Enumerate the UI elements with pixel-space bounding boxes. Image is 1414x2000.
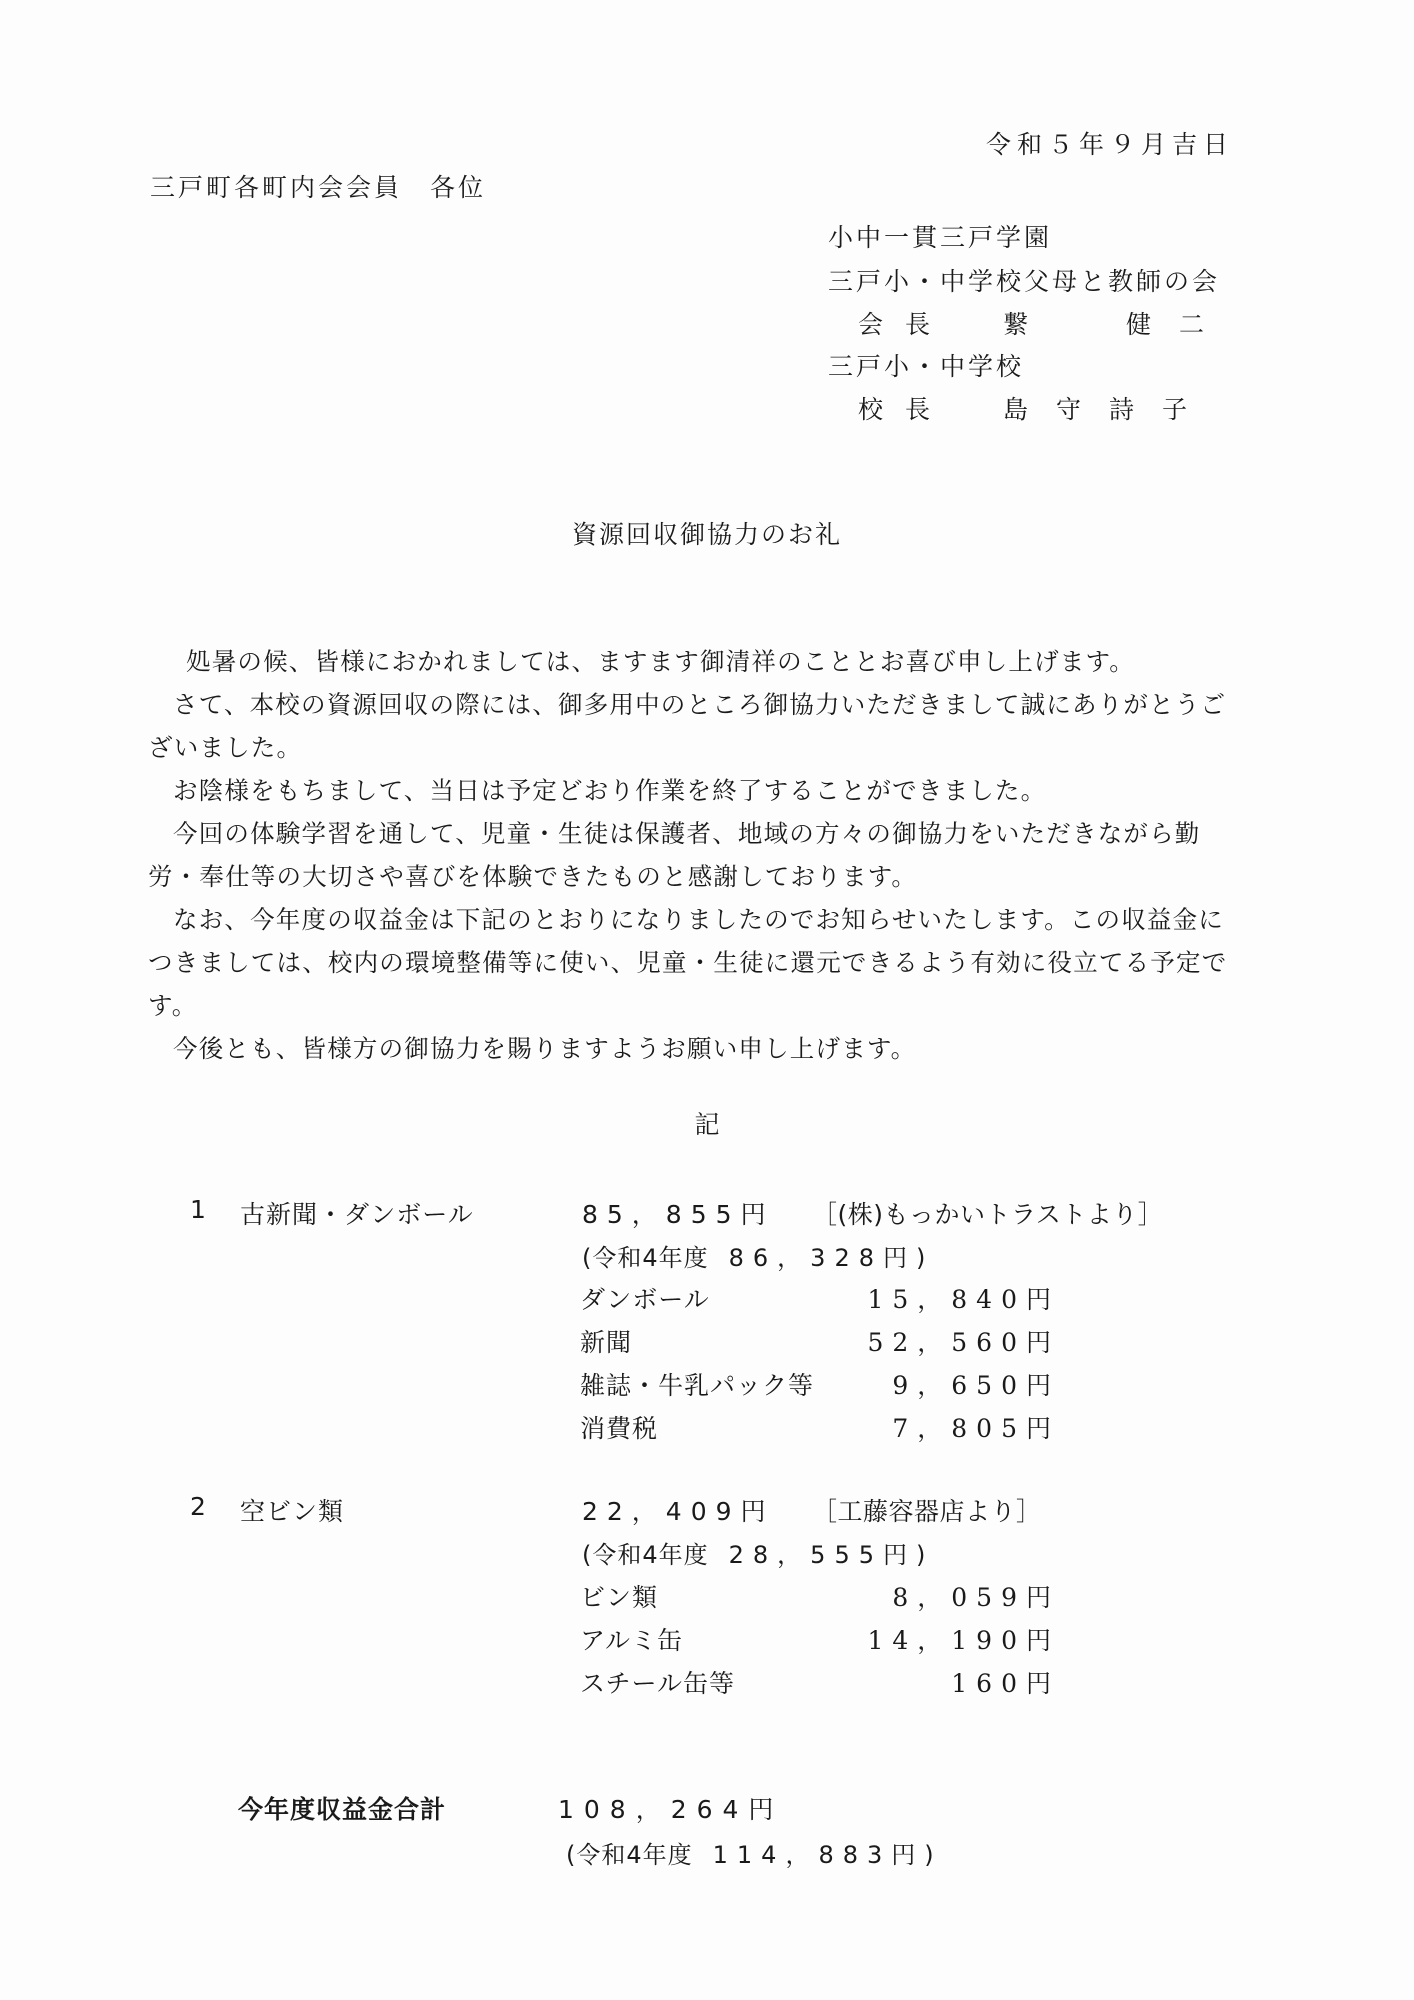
body-paragraph: なお、今年度の収益金は下記のとおりになりましたのでお知らせいたします。この収益金… <box>148 898 1230 1027</box>
previous-value: 28，555円) <box>729 1541 935 1569</box>
item-amount: 85，855円 <box>582 1195 775 1231</box>
breakdown-label: ダンボール <box>580 1280 710 1316</box>
breakdown-value: 52，560円 <box>800 1323 1060 1359</box>
breakdown-value: 160円 <box>800 1664 1060 1700</box>
item-number: 1 <box>190 1195 206 1224</box>
breakdown-value: 9，650円 <box>800 1366 1060 1402</box>
document-date: 令和５年９月吉日 <box>986 132 1234 157</box>
previous-value: 114，883円) <box>713 1841 943 1869</box>
principal-person: 島守詩子 <box>1003 390 1215 426</box>
document-page: 令和５年９月吉日 三戸町各町内会会員 各位 小中一貫三戸学園 三戸小・中学校父母… <box>0 0 1414 2000</box>
sender-principal: 校長島守詩子 <box>858 390 1215 426</box>
breakdown-value: 15，840円 <box>800 1280 1060 1316</box>
letter-body: 処暑の候、皆様におかれましては、ますます御清祥のこととお喜び申し上げます。 さて… <box>148 640 1230 1070</box>
sender-pta-name: 三戸小・中学校父母と教師の会 <box>828 262 1220 298</box>
breakdown-label: 消費税 <box>580 1409 658 1445</box>
item-label: 古新聞・ダンボール <box>240 1195 474 1231</box>
breakdown-value: 14，190円 <box>800 1621 1060 1657</box>
total-previous-year: (令和4年度114，883円) <box>566 1835 943 1870</box>
breakdown-label: ビン類 <box>580 1578 658 1614</box>
body-paragraph: さて、本校の資源回収の際には、御多用中のところ御協力いただきまして誠にありがとう… <box>148 683 1230 769</box>
item-previous-year: (令和4年度28，555円) <box>582 1535 934 1570</box>
pta-person-given: 健二 <box>1126 305 1232 341</box>
item-label: 空ビン類 <box>240 1492 344 1528</box>
item-amount: 22，409円 <box>582 1492 775 1528</box>
item-source: ［工藤容器店より］ <box>812 1492 1042 1528</box>
pta-person-family: 繋 <box>1003 305 1056 341</box>
document-title: 資源回収御協力のお礼 <box>0 515 1414 551</box>
sender-organization: 小中一貫三戸学園 <box>828 218 1052 254</box>
body-paragraph: 処暑の候、皆様におかれましては、ますます御清祥のこととお喜び申し上げます。 <box>148 640 1230 683</box>
breakdown-label: アルミ缶 <box>580 1621 683 1657</box>
sender-school-name: 三戸小・中学校 <box>828 347 1024 383</box>
breakdown-label: スチール缶等 <box>580 1664 735 1700</box>
body-paragraph: 今回の体験学習を通して、児童・生徒は保護者、地域の方々の御協力をいただきながら勤… <box>148 812 1230 898</box>
previous-label: (令和4年度 <box>566 1841 693 1869</box>
breakdown-label: 雑誌・牛乳パック等 <box>580 1366 814 1402</box>
previous-label: (令和4年度 <box>582 1541 709 1569</box>
principal-role: 校長 <box>858 390 1003 426</box>
addressee: 三戸町各町内会会員 各位 <box>150 175 486 200</box>
ki-marker: 記 <box>0 1105 1414 1141</box>
item-number: 2 <box>190 1492 206 1521</box>
breakdown-label: 新聞 <box>580 1323 632 1359</box>
breakdown-value: 7，805円 <box>800 1409 1060 1445</box>
pta-role: 会長 <box>858 305 1003 341</box>
sender-pta-representative: 会長繋健二 <box>858 305 1232 341</box>
total-amount: 108，264円 <box>558 1790 783 1826</box>
body-paragraph: お陰様をもちまして、当日は予定どおり作業を終了することができました。 <box>148 769 1230 812</box>
total-label: 今年度収益金合計 <box>238 1790 446 1826</box>
body-paragraph: 今後とも、皆様方の御協力を賜りますようお願い申し上げます。 <box>148 1027 1230 1070</box>
item-previous-year: (令和4年度86，328円) <box>582 1238 934 1273</box>
item-source: ［(株)もっかいトラストより］ <box>812 1195 1163 1231</box>
previous-label: (令和4年度 <box>582 1244 709 1272</box>
breakdown-value: 8，059円 <box>800 1578 1060 1614</box>
previous-value: 86，328円) <box>729 1244 935 1272</box>
